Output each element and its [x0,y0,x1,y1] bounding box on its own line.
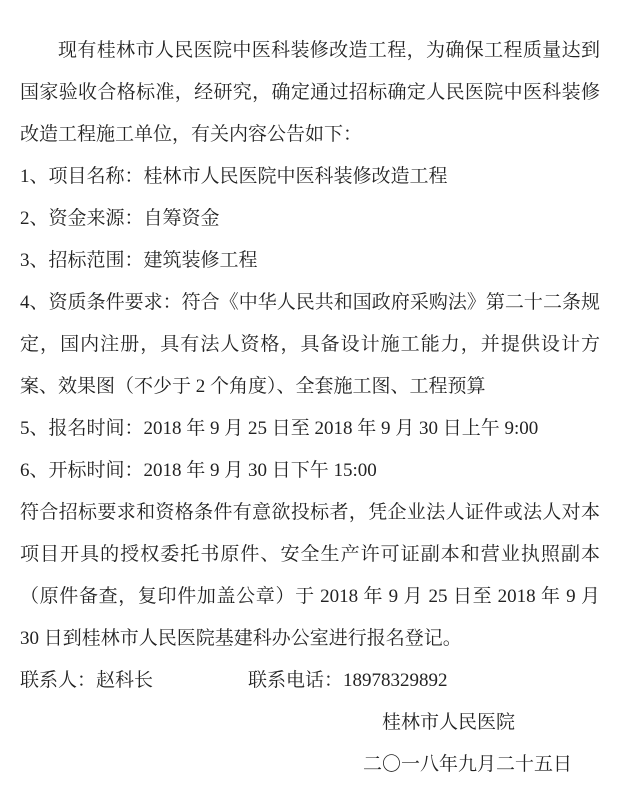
signature-date: 二〇一八年九月二十五日 [20,744,600,786]
signature-organization: 桂林市人民医院 [20,702,600,744]
item-funding-source: 2、资金来源：自筹资金 [20,198,600,240]
item-registration-time: 5、报名时间：2018 年 9 月 25 日至 2018 年 9 月 30 日上… [20,408,600,450]
contact-line: 联系人：赵科长联系电话：18978329892 [20,660,600,702]
contact-person: 联系人：赵科长 [20,670,153,691]
intro-paragraph: 现有桂林市人民医院中医科装修改造工程，为确保工程质量达到国家验收合格标准，经研究… [20,30,600,156]
contact-phone: 联系电话：18978329892 [248,670,448,691]
item-bid-opening-time: 6、开标时间：2018 年 9 月 30 日下午 15:00 [20,450,600,492]
item-tender-scope: 3、招标范围：建筑装修工程 [20,240,600,282]
item-qualification-requirements: 4、资质条件要求：符合《中华人民共和国政府采购法》第二十二条规定，国内注册，具有… [20,282,600,408]
document-page: 现有桂林市人民医院中医科装修改造工程，为确保工程质量达到国家验收合格标准，经研究… [0,0,619,791]
registration-instructions-paragraph: 符合招标要求和资格条件有意欲投标者，凭企业法人证件或法人对本项目开具的授权委托书… [20,492,600,660]
item-project-name: 1、项目名称：桂林市人民医院中医科装修改造工程 [20,156,600,198]
